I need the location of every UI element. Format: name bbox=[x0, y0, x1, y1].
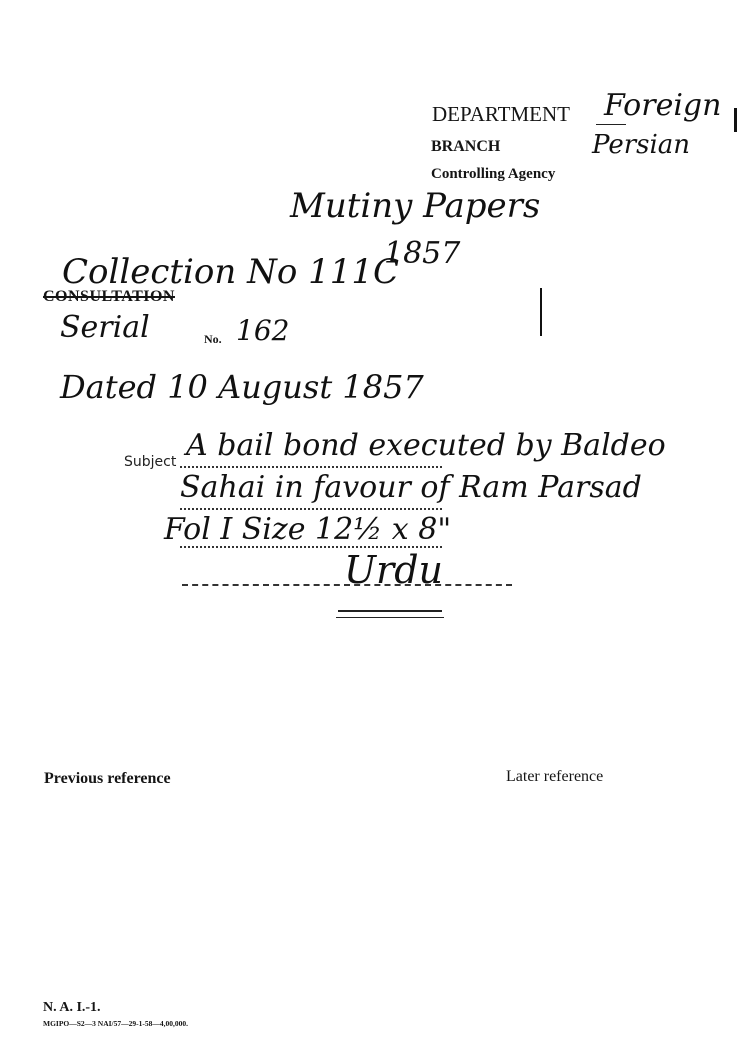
department-label: DEPARTMENT bbox=[432, 102, 570, 127]
controlling-agency-label: Controlling Agency bbox=[431, 166, 555, 183]
print-line: MGIPO—S2—3 NAI/57—29-1-58—4,00,000. bbox=[43, 1019, 188, 1028]
margin-mark bbox=[734, 108, 737, 132]
subject-label: Subject bbox=[124, 454, 176, 470]
subject-double-rule-top bbox=[338, 610, 442, 612]
subject-double-rule-bottom bbox=[336, 617, 444, 618]
serial-value: 162 bbox=[236, 314, 289, 347]
subject-line-1: A bail bond executed by Baldeo bbox=[186, 428, 666, 463]
dated-text: Dated 10 August 1857 bbox=[60, 368, 424, 406]
previous-reference-label: Previous reference bbox=[44, 770, 171, 788]
subject-line-2-dots bbox=[180, 508, 442, 510]
consultation-label: CONSULTATION bbox=[43, 288, 175, 306]
subject-line-1-dots bbox=[180, 466, 442, 468]
collection-number: Collection No 111C bbox=[62, 252, 399, 292]
serial-no-label: No. bbox=[204, 332, 222, 347]
later-reference-label: Later reference bbox=[506, 768, 603, 786]
branch-label: BRANCH bbox=[431, 138, 500, 156]
subject-line-2: Sahai in favour of Ram Parsad bbox=[180, 470, 642, 505]
serial-handwritten-label: Serial bbox=[60, 310, 150, 345]
vertical-mark bbox=[540, 288, 542, 336]
department-value: Foreign bbox=[604, 88, 721, 123]
department-underline bbox=[596, 124, 626, 125]
form-id: N. A. I.-1. bbox=[43, 1000, 101, 1016]
subject-line-4: Urdu bbox=[344, 548, 443, 592]
branch-value: Persian bbox=[592, 130, 690, 160]
subject-line-3: Fol I Size 12½ x 8" bbox=[164, 512, 451, 547]
title-line1: Mutiny Papers bbox=[290, 186, 540, 226]
